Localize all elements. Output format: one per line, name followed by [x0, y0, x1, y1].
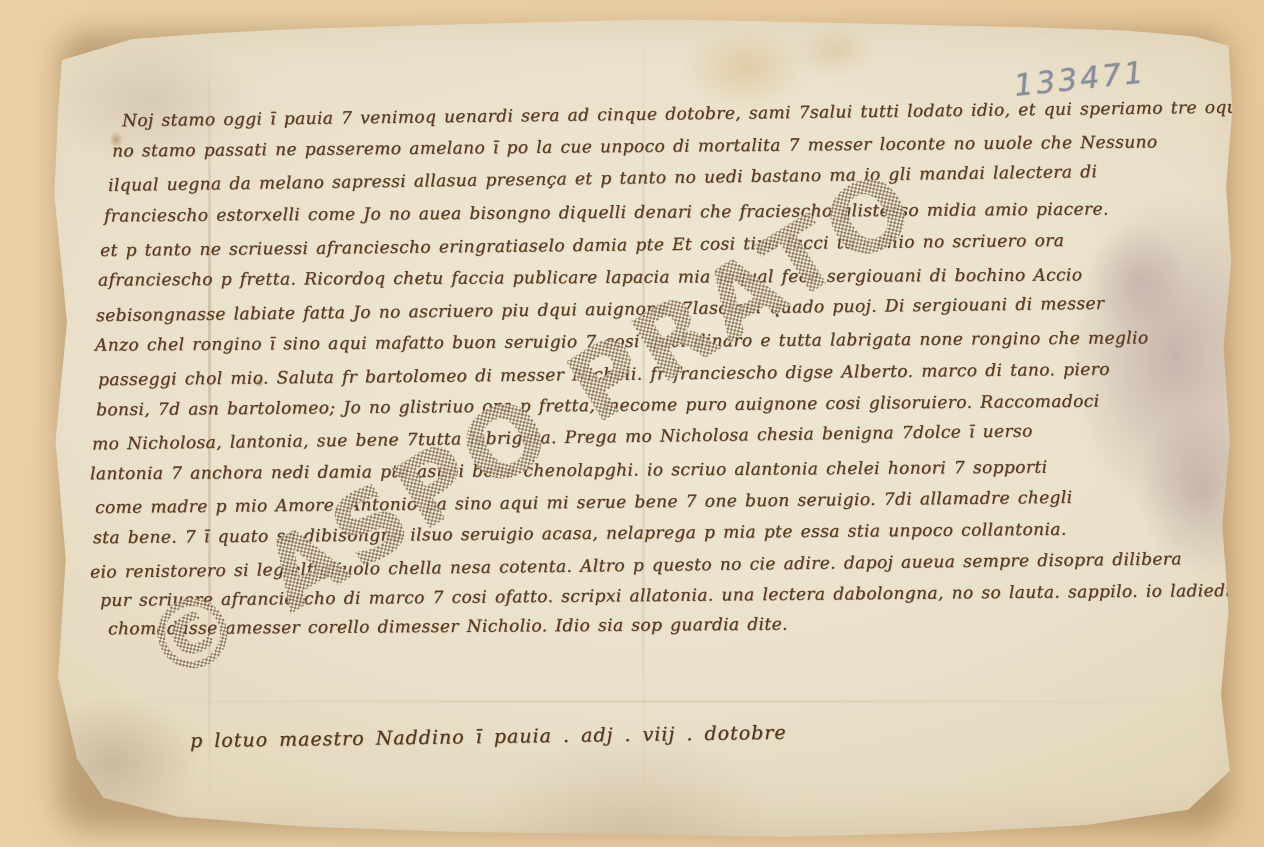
archive-inventory-number: 133471 — [1013, 55, 1148, 104]
manuscript-line: franciescho estorxelli come Jo no auea b… — [104, 199, 1109, 226]
manuscript-line: et p tanto ne scriuessi afranciescho eri… — [100, 231, 1064, 261]
manuscript-line: Noj stamo oggi ī pauia 7 venimoq uenardi… — [122, 97, 1264, 131]
manuscript-line: mo Nicholosa, lantonia, sue bene 7tutta … — [92, 421, 1033, 454]
manuscript-line: afranciescho p fretta. Ricordoq chetu fa… — [98, 265, 1082, 290]
manuscript-line: sebisongnasse labiate fatta Jo no ascriu… — [96, 294, 1105, 326]
manuscript-line: ilqual uegna da melano sapressi allasua … — [108, 162, 1097, 196]
manuscript-line: chomadasse amesser corello dimesser Nich… — [108, 615, 788, 640]
manuscript-line: passeggi chol mio. Saluta fr bartolomeo … — [98, 360, 1110, 391]
manuscript-line: sta bene. 7 ī quato sa dibisongno ilsuo … — [93, 520, 1067, 548]
manuscript-line: pur scriuere afranciescho di marco 7 cos… — [100, 581, 1231, 611]
manuscript-line: lantonia 7 anchora nedi damia pte asuoi … — [90, 458, 1048, 485]
letter-paper: Noj stamo oggi ī pauia 7 venimoq uenardi… — [0, 0, 1264, 847]
manuscript-line: bonsi, 7d asn bartolomeo; Jo no glistriu… — [96, 392, 1100, 421]
manuscript-line: eio renistorero si legielfigliuolo chell… — [90, 549, 1182, 582]
manuscript-line: no stamo passati ne passeremo amelano ī … — [112, 132, 1158, 161]
signature-line: p lotuo maestro Naddino ī pauia . adj . … — [190, 722, 787, 752]
manuscript-line: Anzo chel rongino ī sino aqui mafatto bu… — [95, 328, 1149, 355]
manuscript-scan: Noj stamo oggi ī pauia 7 venimoq uenardi… — [0, 0, 1264, 847]
manuscript-line: come madre p mio Amore. Antonio pa sino … — [95, 488, 1073, 518]
horizontal-crease — [80, 700, 1200, 703]
